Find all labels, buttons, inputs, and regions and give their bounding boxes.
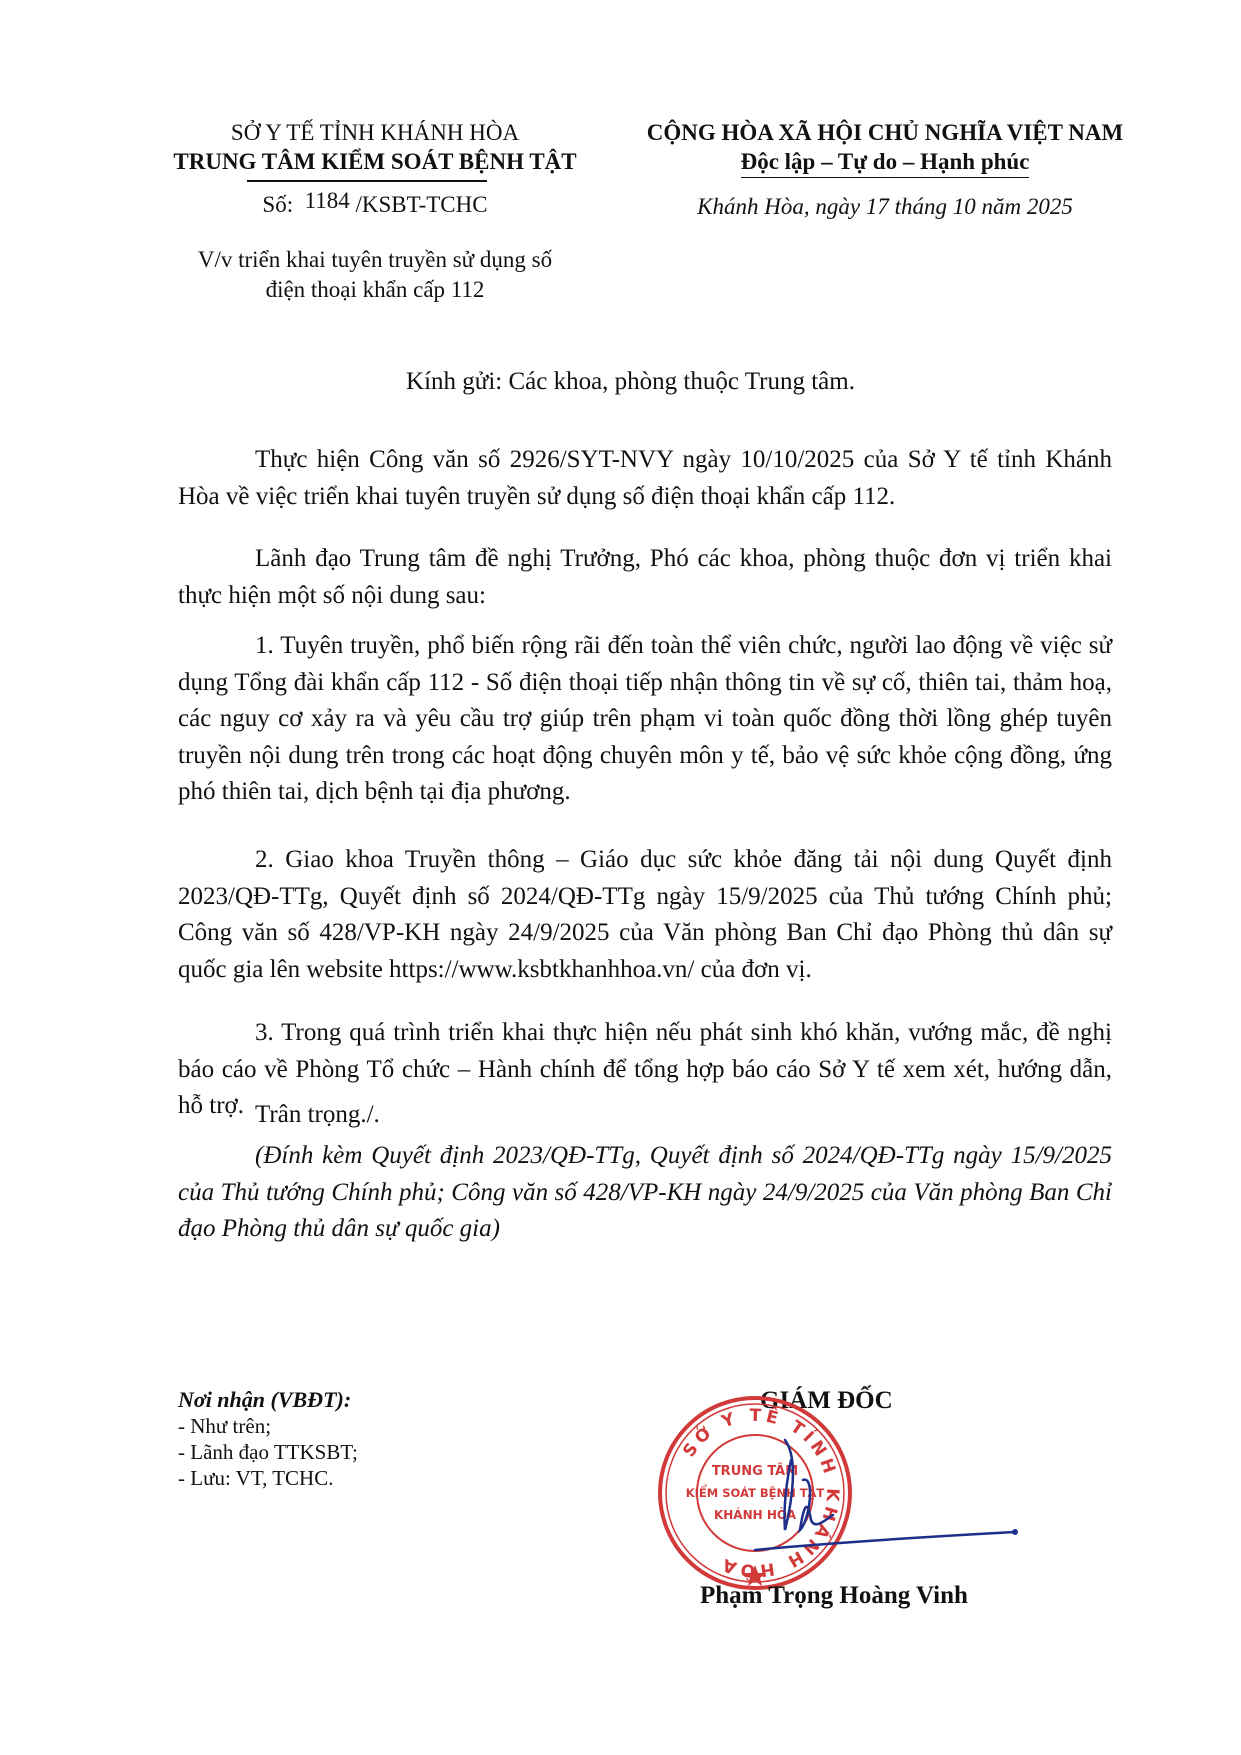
agency-name: SỞ Y TẾ TỈNH KHÁNH HÒA [140, 118, 610, 147]
recipients-title: Nơi nhận (VBĐT): [178, 1387, 358, 1413]
paragraph-reference: Thực hiện Công văn số 2926/SYT-NVY ngày … [178, 442, 1112, 515]
recipient-line: Kính gửi: Các khoa, phòng thuộc Trung tâ… [0, 368, 1241, 396]
recipient-item: - Như trên; [178, 1413, 358, 1439]
closing: Trân trọng./. [178, 1097, 1112, 1134]
document-number: Số: 1184 /KSBT-TCHC [140, 192, 610, 218]
nation-header: CỘNG HÒA XÃ HỘI CHỦ NGHĨA VIỆT NAM Độc l… [605, 118, 1165, 178]
recipient-item: - Lưu: VT, TCHC. [178, 1465, 358, 1491]
unit-name: TRUNG TÂM KIỂM SOÁT BỆNH TẬT [140, 147, 610, 176]
subject-line-2: điện thoại khẩn cấp 112 [140, 275, 610, 305]
nation-name: CỘNG HÒA XÃ HỘI CHỦ NGHĨA VIỆT NAM [605, 118, 1165, 147]
header-underline [247, 180, 487, 182]
number-label: Số: [262, 192, 293, 217]
signer-name: Phạm Trọng Hoàng Vinh [700, 1582, 968, 1610]
motto: Độc lập – Tự do – Hạnh phúc [741, 147, 1030, 178]
handwritten-signature-icon [715, 1420, 1025, 1580]
paragraph-item-1: 1. Tuyên truyền, phổ biến rộng rãi đến t… [178, 628, 1112, 811]
recipients-block: Nơi nhận (VBĐT): - Như trên; - Lãnh đạo … [178, 1387, 358, 1491]
subject-line-1: V/v triển khai tuyên truyền sử dụng số [140, 245, 610, 275]
attachment-note: (Đính kèm Quyết định 2023/QĐ-TTg, Quyết … [178, 1138, 1112, 1248]
paragraph-item-2: 2. Giao khoa Truyền thông – Giáo dục sức… [178, 842, 1112, 988]
recipient-item: - Lãnh đạo TTKSBT; [178, 1439, 358, 1465]
agency-header: SỞ Y TẾ TỈNH KHÁNH HÒA TRUNG TÂM KIỂM SO… [140, 118, 610, 182]
number-suffix: /KSBT-TCHC [356, 192, 488, 217]
document-date: Khánh Hòa, ngày 17 tháng 10 năm 2025 [605, 194, 1165, 220]
document-subject: V/v triển khai tuyên truyền sử dụng số đ… [140, 245, 610, 305]
paragraph-request: Lãnh đạo Trung tâm đề nghị Trưởng, Phó c… [178, 541, 1112, 614]
number-value: 1184 [305, 188, 350, 213]
